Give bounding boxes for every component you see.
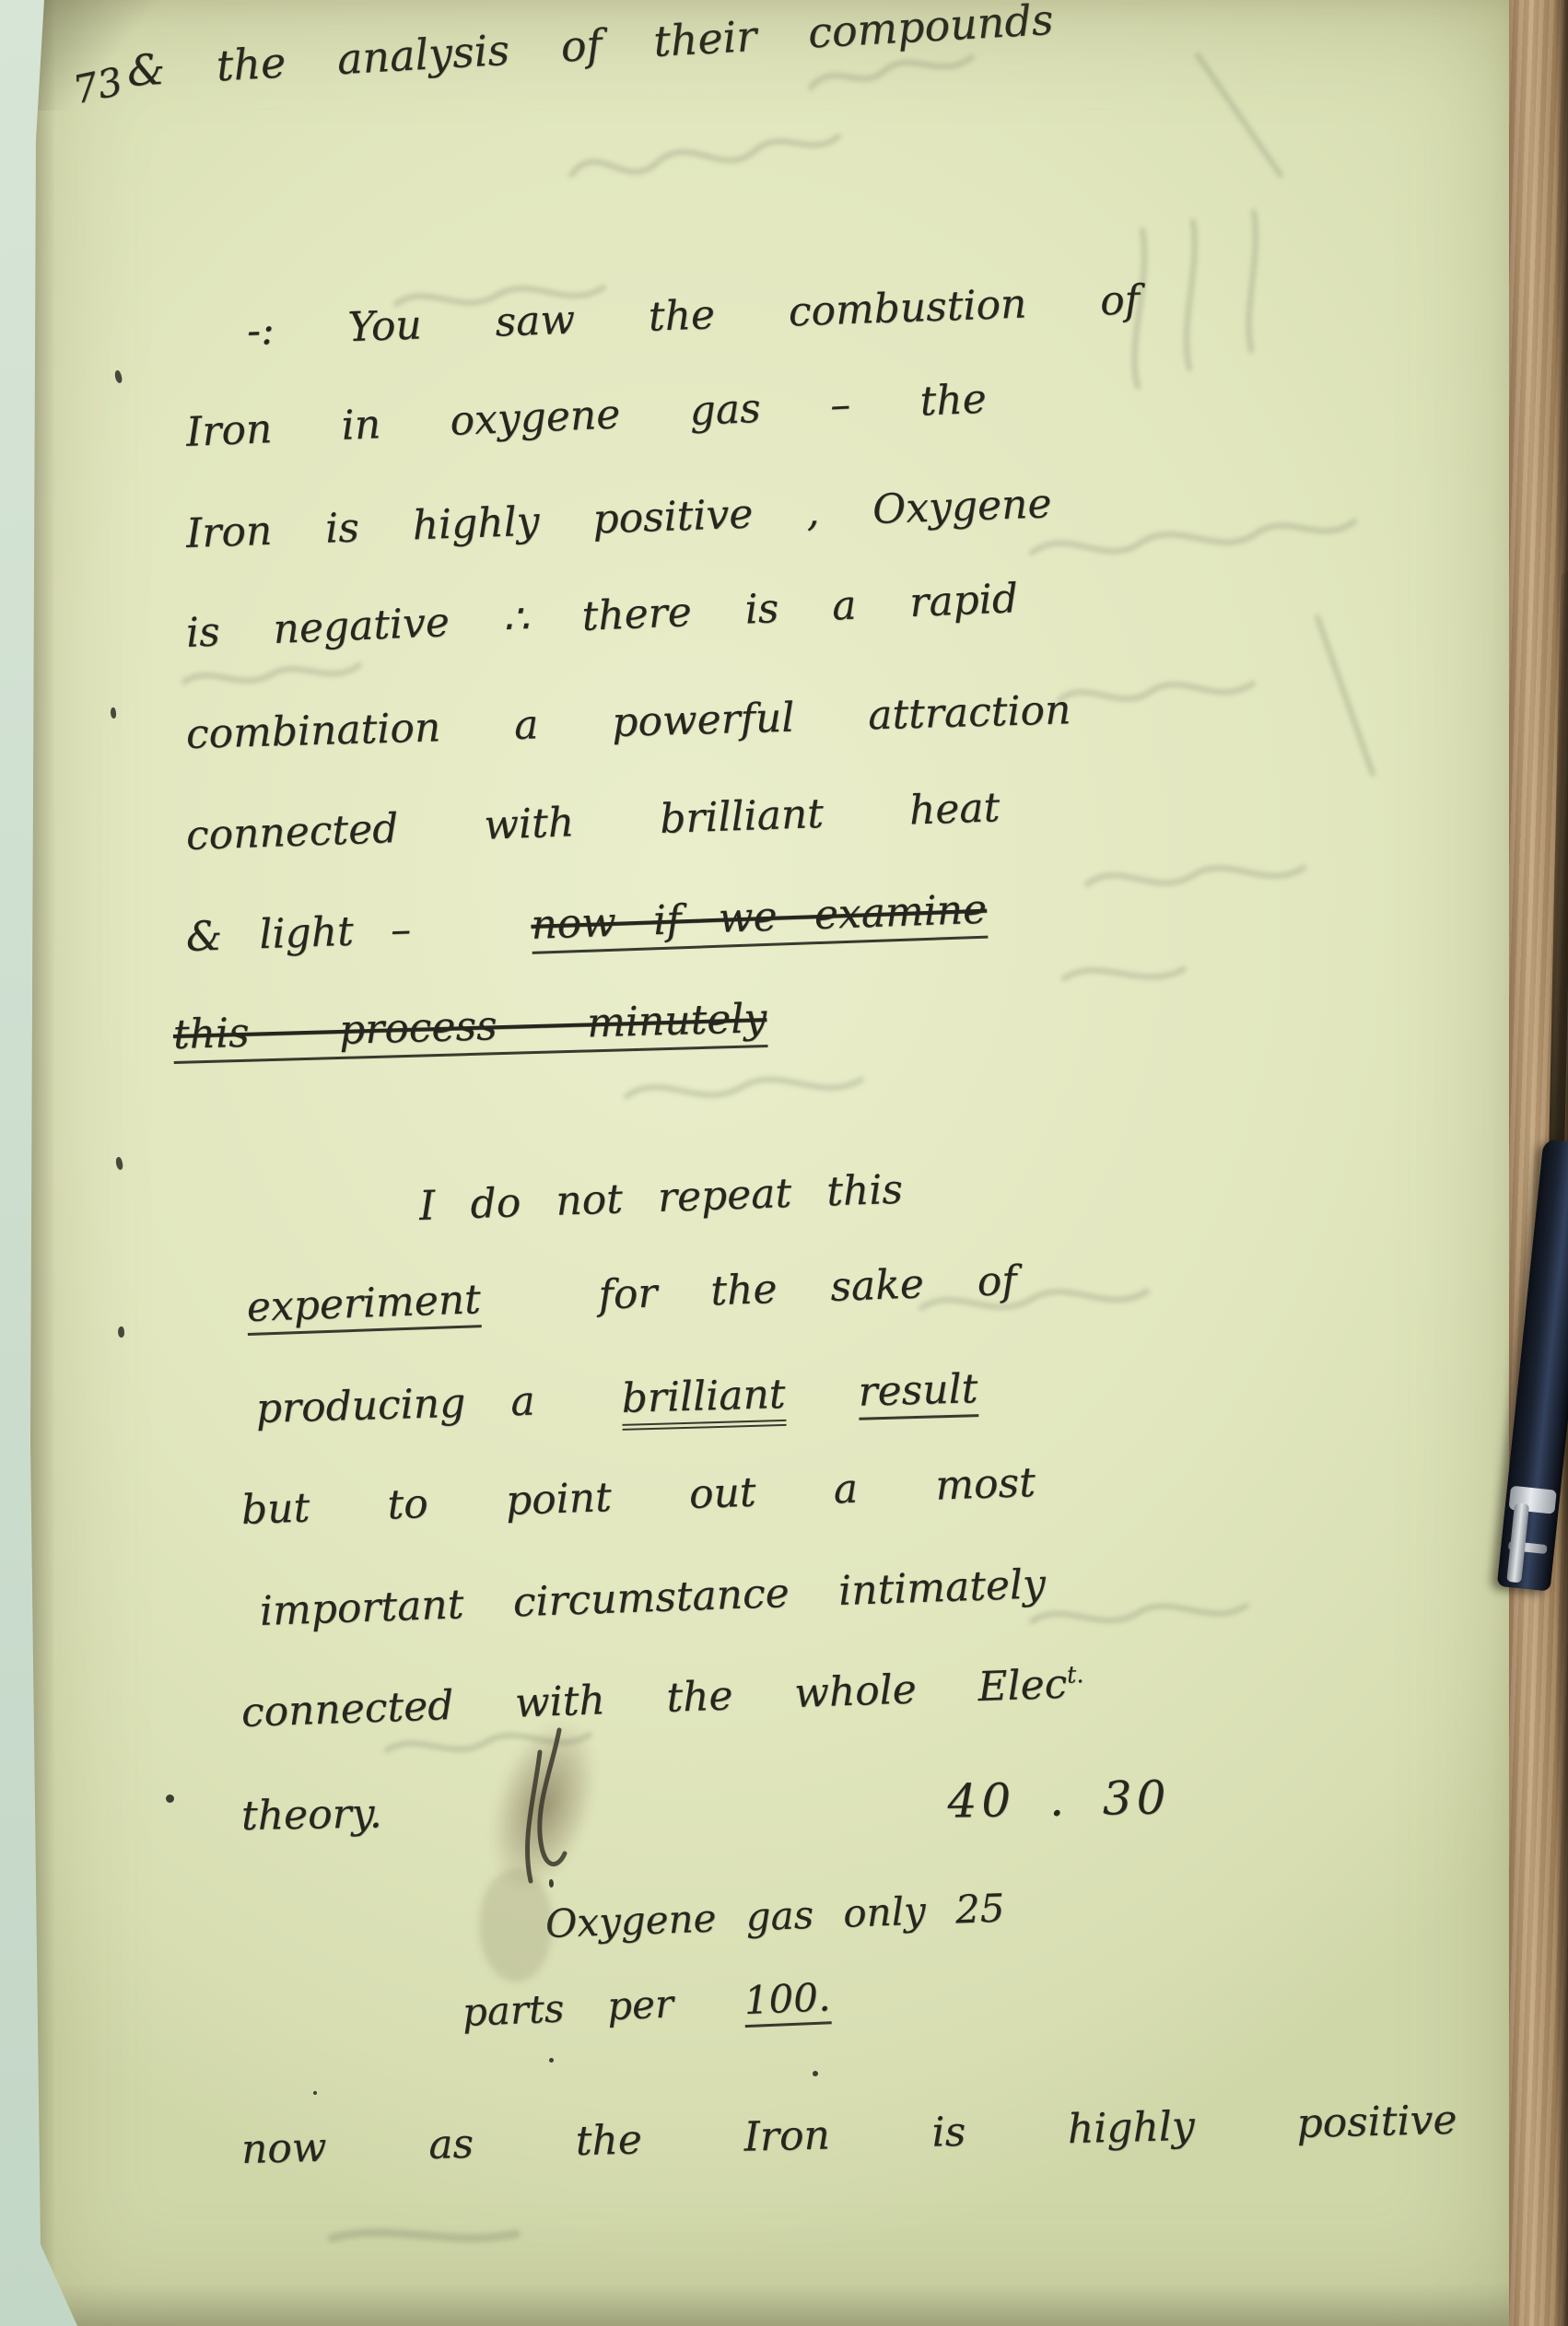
manuscript-line-8: this process minutely (172, 995, 767, 1064)
underlined-text: result (858, 1365, 978, 1420)
ink-dot (549, 2058, 554, 2063)
manuscript-line-11: producing a brilliant result (255, 1365, 978, 1441)
handwritten-text: Oxygene gas only 25 (544, 1886, 1005, 1946)
handwritten-text: connected with the whole Elec (240, 1661, 1068, 1736)
underlined-text: 100. (743, 1974, 832, 2028)
struck-out-text: this process minutely (172, 995, 767, 1064)
manuscript-line-2: Iron in oxygene gas – the (185, 376, 988, 456)
manuscript-line-16: Oxygene gas only 25 (544, 1886, 1005, 1946)
ink-dot (813, 2071, 818, 2076)
page-bottom-edge-shadow (28, 2284, 1518, 2326)
manuscript-line-13: important circumstance intimately (259, 1560, 1047, 1635)
manuscript-line-10: experiment for the sake of (246, 1257, 1018, 1336)
ink-dot (549, 1879, 554, 1888)
binding-speck (114, 1156, 124, 1170)
struck-out-text: now if we examine (530, 886, 988, 954)
manuscript-line-7: & light – now if we examine (185, 886, 988, 966)
handwritten-text: connected with brilliant heat (185, 784, 1000, 859)
handwritten-text: & the analysis of their compounds (125, 0, 1054, 96)
handwritten-text: theory. (241, 1790, 382, 1840)
manuscript-line-15: theory. 40 . 30 (240, 1771, 1170, 1841)
handwritten-text: Iron is highly positive , Oxygene (185, 480, 1052, 557)
handwritten-text: is negative ∴ there is a rapid (185, 575, 1019, 657)
handwritten-text: now as the Iron is highly positive (240, 2097, 1457, 2173)
manuscript-line-6: connected with brilliant heat (185, 784, 1000, 859)
page-left-edge-shadow (28, 0, 55, 2326)
handwritten-text: Iron in oxygene gas – the (185, 376, 988, 456)
handwritten-numbers: 40 . 30 (947, 1771, 1171, 1828)
binding-speck (110, 707, 117, 719)
ink-dot (166, 1794, 174, 1803)
handwritten-text: but to point out a most (240, 1459, 1036, 1534)
manuscript-line-3: Iron is highly positive , Oxygene (185, 480, 1052, 557)
handwritten-text: & light – (185, 906, 412, 960)
header-line: & the analysis of their compounds (125, 0, 1054, 96)
double-underlined-text: brilliant (621, 1371, 786, 1431)
manuscript-photo: 73 & the analysis of their compounds -: … (0, 0, 1568, 2326)
manuscript-line-17: parts per 100. (462, 1974, 832, 2040)
handwritten-text: important circumstance intimately (259, 1560, 1047, 1635)
manuscript-page: 73 & the analysis of their compounds -: … (28, 0, 1518, 2326)
handwritten-text: -: You saw the combustion of (246, 276, 1141, 355)
page-number: 73 (69, 58, 126, 112)
manuscript-line-4: is negative ∴ there is a rapid (185, 575, 1019, 657)
handwritten-text: 73 (69, 58, 126, 112)
manuscript-line-9: I do not repeat this (418, 1166, 904, 1230)
binding-speck (117, 1327, 125, 1338)
manuscript-line-1: -: You saw the combustion of (246, 276, 1141, 355)
handwritten-text: combination a powerful attraction (185, 686, 1071, 758)
handwritten-text: parts per (462, 1981, 674, 2035)
manuscript-line-5: combination a powerful attraction (185, 686, 1071, 758)
underlined-text: experiment (246, 1276, 482, 1336)
manuscript-line-14: connected with the whole Elect. (240, 1660, 1084, 1736)
handwritten-text: for the sake of (598, 1257, 1018, 1319)
manuscript-line-18: now as the Iron is highly positive (240, 2097, 1457, 2173)
superscript-text: t. (1066, 1661, 1083, 1689)
handwritten-text: producing a (255, 1378, 535, 1432)
manuscript-line-12: but to point out a most (240, 1459, 1036, 1534)
binding-speck (113, 369, 123, 383)
handwritten-text: I do not repeat this (418, 1166, 904, 1230)
ink-dot (313, 2091, 317, 2095)
